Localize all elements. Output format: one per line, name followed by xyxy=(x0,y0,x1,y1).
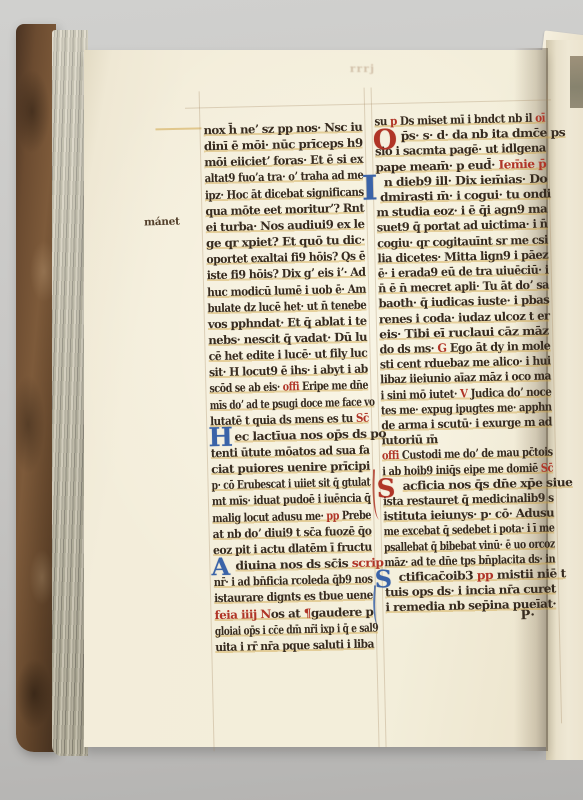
text-segment: pp xyxy=(477,568,493,582)
text-segment: malig locut adusu me· xyxy=(212,508,326,525)
text-segment: Eripe me dn̄e xyxy=(299,378,368,394)
manuscript-photo: P· nox h̄ neʼ sz pp nos· Nsc iudinī ē mō… xyxy=(0,0,583,800)
text-line-content: ge qr xpiet? Et quō tu dic· xyxy=(206,233,365,251)
text-segment: huc modicū lumē i uob ē· Am xyxy=(207,281,366,299)
text-segment: i remedia nb sep̄ina pueīat· xyxy=(385,597,556,615)
text-line-content: sit· H locut9 ē ihs· i abyt i ab xyxy=(209,362,368,380)
text-line-content: gloiai op̄s i cc̄e dm̄ nr̄i ixp i q̄ e s… xyxy=(215,620,379,638)
text-segment: Ego āt dy in mole xyxy=(446,338,550,354)
text-line-content: at nb doʼ diui9 t sc̄a fuozē q̄o xyxy=(213,523,372,541)
text-segment: mt mīs· iduat pudoē i iuēncia q̄ xyxy=(212,491,371,509)
drop-cap-h: H xyxy=(208,427,233,451)
text-segment: pp xyxy=(326,508,339,522)
drop-cap-i: I xyxy=(362,173,379,204)
folio-mark: rrrj xyxy=(350,64,375,75)
text-segment: mīs doʼ ad te psugi doce me face vo xyxy=(210,394,375,412)
text-line-content: lutatē t quia ds mens es tu Sc̄ xyxy=(210,410,369,428)
text-segment: nox h̄ neʼ sz pp nos· Nsc iu xyxy=(203,120,362,138)
page-content: P· nox h̄ neʼ sz pp nos· Nsc iudinī ē mō… xyxy=(84,50,562,760)
text-segment: nr̄· i ad bn̄ficia rcoleda q̄b9 nos xyxy=(214,572,373,590)
text-line-content: vos pphndat· Et q̄ ablat i te xyxy=(208,313,367,331)
text-line-content: malig locut adusu me· pp Prebe xyxy=(212,507,371,525)
text-line-content: cē het edite i lucē· ut fily luc xyxy=(208,346,367,364)
text-segment: os at xyxy=(271,606,304,621)
text-segment: sit· H locut9 ē ihs· i abyt i ab xyxy=(209,362,368,380)
text-segment: Sc̄ xyxy=(541,460,554,474)
text-segment: qua mōte eet moriturʼ? Rnt xyxy=(205,200,364,218)
text-segment: Sc̄ xyxy=(356,410,369,424)
text-segment: oportet exaltai fi9 hōis? Qs ē xyxy=(206,249,365,267)
text-line-content: altat9 fuoʼa tra· oʼ traha ad me xyxy=(204,168,363,186)
text-line-content: qua mōte eet moriturʼ? Rnt xyxy=(205,200,364,218)
ruling-dash xyxy=(155,127,201,130)
text-segment: ctificac̄oib3 xyxy=(399,568,477,584)
text-line-content: ec lactīua nos op̄s ds po xyxy=(234,426,386,443)
book-spine-leather xyxy=(16,24,56,752)
drop-cap-s: S xyxy=(374,568,392,590)
text-segment: p· cō Erubescat i uiiet sit q̄ gtulat xyxy=(211,475,370,493)
text-line-content: iste fi9 hōis? Dix gʼ eis iʼ· Ad xyxy=(207,265,366,283)
text-segment: Prebe xyxy=(339,507,371,522)
text-segment: Judica doʼ noce xyxy=(467,384,551,400)
text-line-content: p· cō Erubescat i uiiet sit q̄ gtulat xyxy=(211,475,370,493)
text-line-content: mōi eiicietʼ foras· Et ē si ex xyxy=(204,152,363,170)
ruling-line xyxy=(185,99,551,108)
text-segment: feia iiij xyxy=(214,607,260,622)
text-line-content: huc modicū lumē i uob ē· Am xyxy=(207,281,366,299)
text-line-content: istaurare dignts es tbue uene xyxy=(214,588,373,606)
text-segment: offi xyxy=(382,448,399,462)
text-segment: Iem̄ie p̄ xyxy=(498,156,546,171)
text-segment: scōd se ab eis· xyxy=(209,380,283,396)
text-line-content: dinī ē mōi· nūc prīceps h9 xyxy=(204,136,363,154)
text-line-content: ipz· Hoc āt dicebat significans xyxy=(205,184,364,202)
text-line-content: iutoriū m̄ xyxy=(381,432,438,447)
drop-cap-s: S xyxy=(376,478,395,502)
text-line-content: nox h̄ neʼ sz pp nos· Nsc iu xyxy=(203,120,362,138)
text-segment: Ds miset mī i bndct nb il xyxy=(397,111,536,128)
drop-cap-a: A xyxy=(211,556,230,578)
page-edge-stack xyxy=(52,30,88,756)
text-segment: ciat puiores uenire prīcipi xyxy=(211,459,370,477)
text-line-content: uita i rr̄ nr̄a pque saluti i liba xyxy=(215,636,374,654)
text-line-content: oportet exaltai fi9 hōis? Qs ē xyxy=(206,249,365,267)
text-segment: N xyxy=(260,606,271,620)
text-line-content: diuina nos ds sc̄is scrip xyxy=(235,555,383,572)
text-segment: iutoriū m̄ xyxy=(381,432,438,447)
text-segment: diuina nos ds sc̄is xyxy=(235,556,352,573)
text-segment: pape meam̄· p eud̄· xyxy=(375,157,498,174)
text-segment: tenti ūtute mōatos ad sua fa xyxy=(211,443,370,461)
text-segment: altat9 fuoʼa tra· oʼ traha ad me xyxy=(204,168,363,186)
text-segment: gloiai op̄s i cc̄e dm̄ nr̄i ixp i q̄ e s… xyxy=(215,620,379,638)
text-line-content: mīs doʼ ad te psugi doce me face vo xyxy=(210,394,375,412)
text-segment: cē het edite i lucē· ut fily luc xyxy=(208,346,367,364)
text-segment: i sini mō iutet· xyxy=(380,386,460,402)
cover-glimpse xyxy=(570,56,583,108)
text-line-content: nebs· nescit q̄ vadat· Dū lu xyxy=(208,330,367,348)
text-line-content: ciat puiores uenire prīcipi xyxy=(211,459,370,477)
text-segment: mistii niē t xyxy=(493,566,566,582)
text-column-left: nox h̄ neʼ sz pp nos· Nsc iudinī ē mōi· … xyxy=(203,120,362,124)
text-segment: nebs· nescit q̄ vadat· Dū lu xyxy=(208,330,367,348)
text-segment: dinī ē mōi· nūc prīceps h9 xyxy=(204,136,363,154)
text-line: uita i rr̄ nr̄a pque saluti i liba xyxy=(215,636,374,656)
text-segment: iste fi9 hōis? Dix gʼ eis iʼ· Ad xyxy=(207,265,366,283)
text-segment: uita i rr̄ nr̄a pque saluti i liba xyxy=(215,636,374,654)
text-segment: bulate dz lucē het· ut n̄ tenebe xyxy=(207,297,366,315)
text-line-content: tenti ūtute mōatos ad sua fa xyxy=(211,443,370,461)
text-segment: eoz pit i actu dlatēm ī fructu xyxy=(213,539,372,557)
text-line-content: nr̄· i ad bn̄ficia rcoleda q̄b9 nos xyxy=(214,572,373,590)
text-line-content: bulate dz lucē het· ut n̄ tenebe xyxy=(207,297,366,315)
text-line-content: feia iiij Nos at ¶gaudere p xyxy=(214,604,373,622)
text-segment: vos pphndat· Et q̄ ablat i te xyxy=(208,313,367,331)
text-line-content: scōd se ab eis· offi Eripe me dn̄e xyxy=(209,378,368,396)
text-segment: gaudere p xyxy=(311,604,374,619)
text-line-content: eoz pit i actu dlatēm ī fructu xyxy=(213,539,372,557)
text-segment: ec lactīua nos op̄s ds po xyxy=(234,426,386,443)
drop-cap-o: O xyxy=(372,127,397,153)
text-segment: oī xyxy=(535,111,545,125)
text-segment: at nb doʼ diui9 t sc̄a fuozē q̄o xyxy=(213,523,372,541)
text-segment: ei turba· Nos audiui9 ex le xyxy=(206,217,365,235)
text-line-content: ei turba· Nos audiui9 ex le xyxy=(206,217,365,235)
text-segment: ipz· Hoc āt dicebat significans xyxy=(205,184,364,202)
text-line-content: mt mīs· iduat pudoē i iuēncia q̄ xyxy=(212,491,371,509)
text-segment: offi xyxy=(283,380,300,394)
text-segment: ge qr xpiet? Et quō tu dic· xyxy=(206,233,365,251)
margin-note-manet: mánet xyxy=(144,216,180,229)
text-segment: do ds ms· xyxy=(379,341,437,356)
text-segment: mōi eiicietʼ foras· Et ē si ex xyxy=(204,152,363,170)
text-segment: istaurare dignts es tbue uene xyxy=(214,588,373,606)
text-line-content: i remedia nb sep̄ina pueīat· xyxy=(385,597,556,615)
text-column-right: su p Ds miset mī i bndct nb il oīp̄s· s·… xyxy=(374,111,545,115)
